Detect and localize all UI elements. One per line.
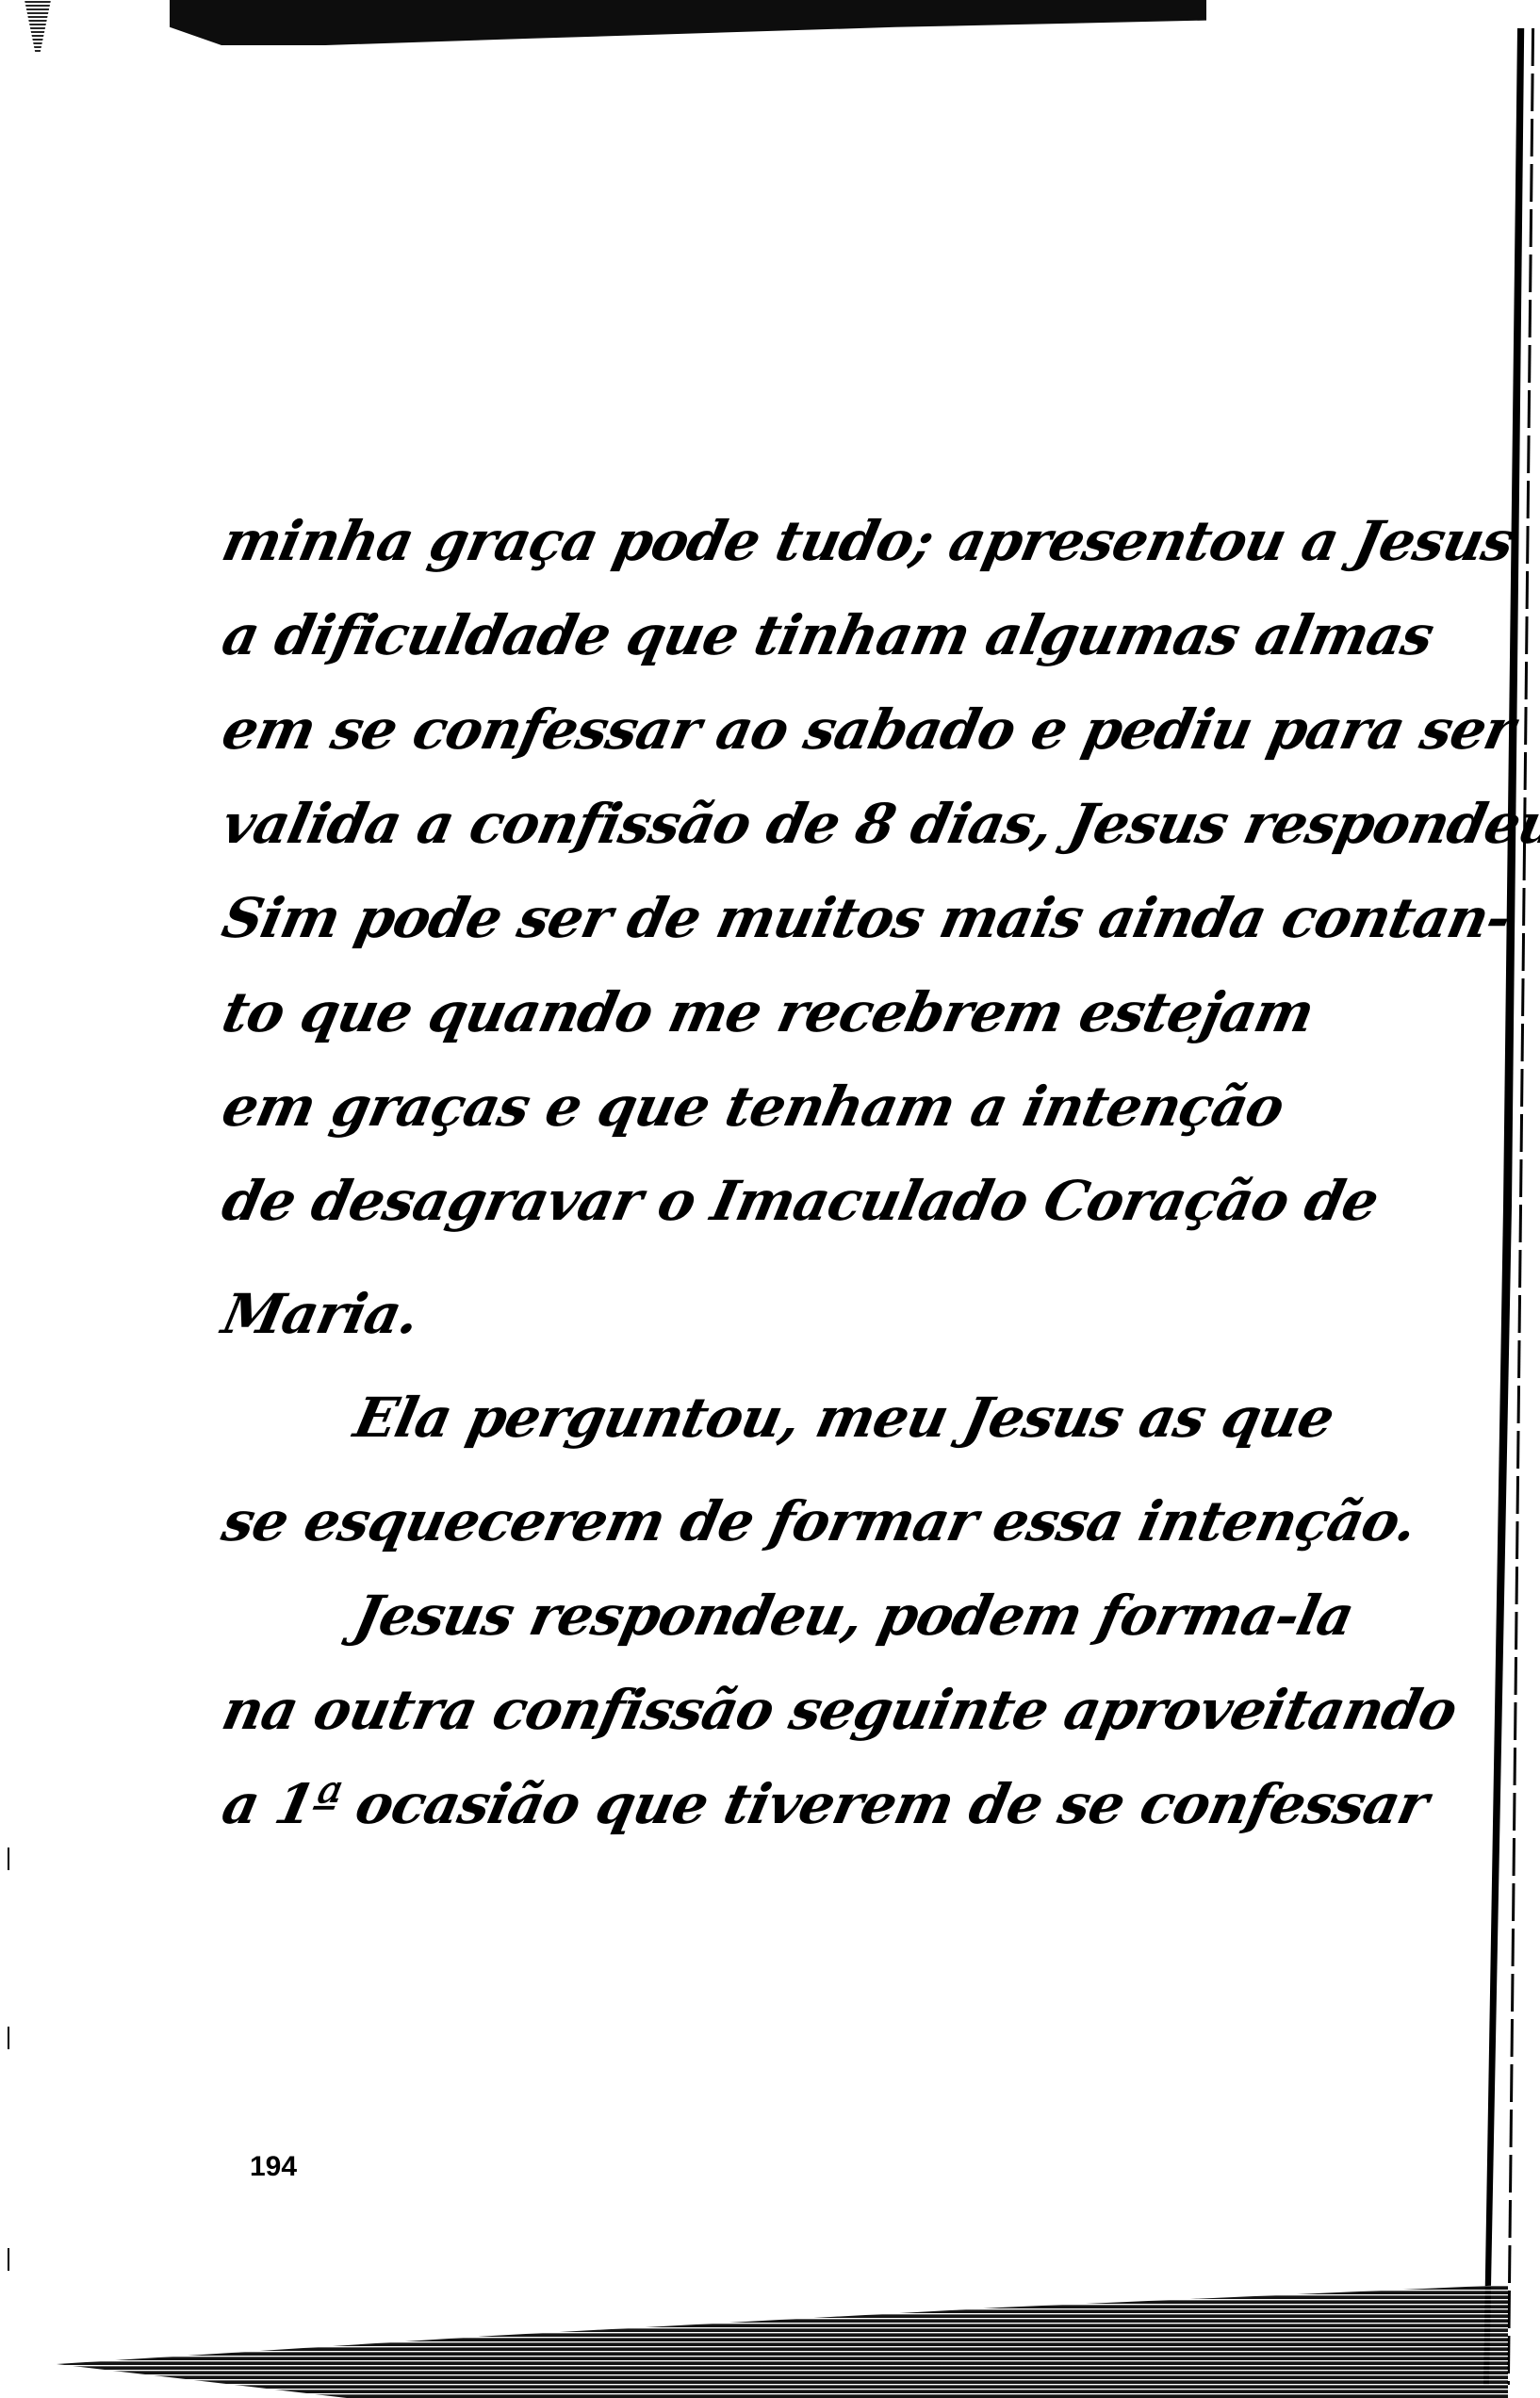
scan-artifact-left-mark bbox=[8, 2248, 9, 2271]
paragraph-start-line: Jesus respondeu, podem forma-la bbox=[349, 1584, 1359, 1648]
scan-artifact-left-mark bbox=[8, 2027, 9, 2049]
text-line: valida a confissão de 8 dias, Jesus resp… bbox=[217, 792, 1540, 856]
text-line: minha graça pode tudo; apresentou a Jesu… bbox=[217, 509, 1519, 573]
text-line: Maria. bbox=[217, 1282, 425, 1346]
scan-artifact-left-mark bbox=[8, 1848, 9, 1870]
text-line: a 1ª ocasião que tiverem de se confessar bbox=[217, 1772, 1434, 1836]
scan-artifact-top-shadow bbox=[170, 0, 1206, 45]
scan-artifact-book-spine bbox=[1483, 28, 1540, 2385]
text-line: to que quando me recebrem estejam bbox=[217, 980, 1319, 1044]
text-line: a dificuldade que tinham algumas almas bbox=[217, 603, 1439, 667]
text-line: na outra confissão seguinte aproveitando bbox=[217, 1678, 1462, 1742]
text-line: em graças e que tenham a intenção bbox=[217, 1075, 1289, 1139]
paragraph-start-line: Ela perguntou, meu Jesus as que bbox=[349, 1386, 1339, 1450]
text-line: em se confessar ao sabado e pediu para s… bbox=[217, 698, 1520, 762]
scan-artifact-top-left bbox=[25, 0, 51, 52]
text-line: de desagravar o Imaculado Coração de bbox=[217, 1169, 1384, 1233]
text-line: Sim pode ser de muitos mais ainda contan… bbox=[217, 886, 1515, 950]
text-line: se esquecerem de formar essa intenção. bbox=[217, 1489, 1422, 1553]
scan-artifact-bottom-shadow bbox=[57, 2285, 1508, 2398]
page-number: 194 bbox=[250, 2151, 297, 2183]
